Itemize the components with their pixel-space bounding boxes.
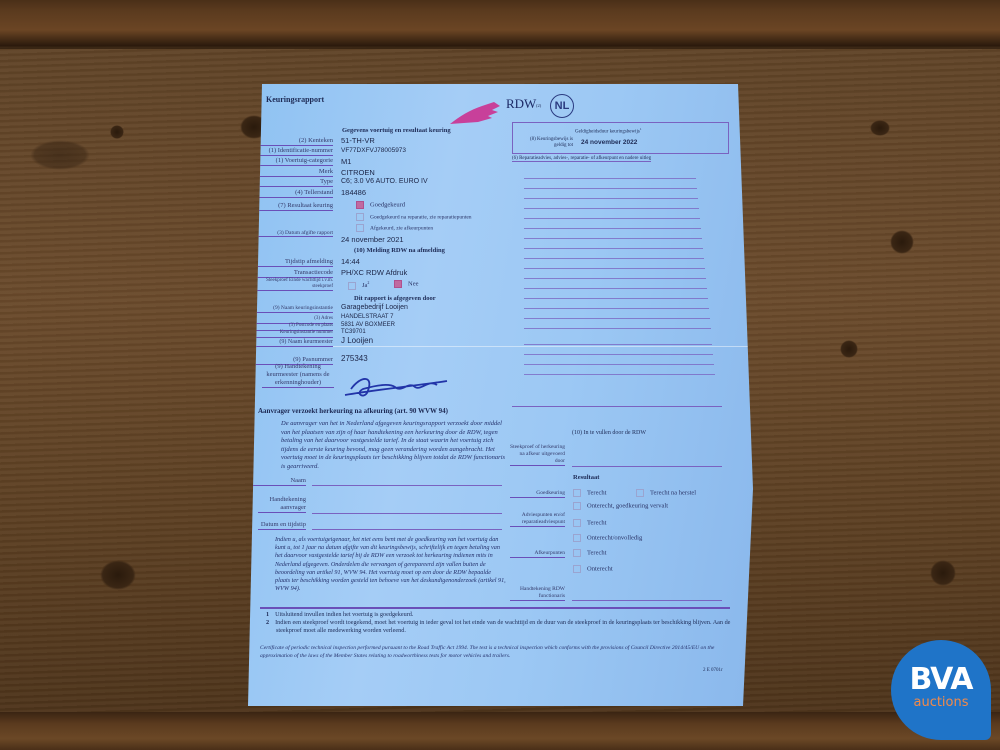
rdw-rejection-unjustified: Onterecht [573, 565, 613, 573]
repair-note-line[interactable] [524, 298, 708, 299]
country-code-badge: NL [550, 94, 574, 118]
inspector-name-label: (9) Naam keurmeester [248, 338, 333, 347]
issued-by-header: Dit rapport is afgegeven door [354, 295, 436, 302]
table-plank-seam [0, 46, 1000, 49]
checkbox [356, 224, 364, 232]
wood-knot [930, 560, 956, 586]
station-number-value: TC39701 [341, 329, 366, 335]
repair-note-line[interactable] [524, 268, 705, 269]
repair-note-line[interactable] [524, 308, 709, 309]
wood-knot [110, 125, 124, 139]
field-value-odometer: 184486 [341, 188, 366, 197]
pass-number-value: 275343 [341, 354, 368, 363]
rdw-signature-line[interactable] [572, 600, 722, 601]
transaction-code-label: Transactiecode [248, 269, 333, 278]
requester-signature-line[interactable] [312, 513, 502, 514]
vehicle-section-header: Gegevens voertuig en resultaat keuring [342, 127, 451, 134]
requester-name-label: Naam [248, 477, 306, 486]
issue-date-value: 24 november 2021 [341, 235, 404, 244]
repair-note-line[interactable] [524, 344, 712, 345]
rdw-section-header: (10) In te vullen door de RDW [572, 430, 646, 436]
checkbox[interactable] [573, 565, 581, 573]
field-label-odometer: (4) Tellerstand [248, 189, 333, 198]
checkbox[interactable] [573, 502, 581, 510]
checkbox [348, 282, 356, 290]
rdw-signature-label: Handtekening RDW functionaris [510, 586, 565, 601]
rdw-rejection-justified: Terecht [573, 549, 606, 557]
requester-signature-label: Handtekening aanvrager [258, 496, 306, 513]
table-front-edge [0, 712, 1000, 750]
repair-note-line[interactable] [524, 374, 715, 375]
field-label-license: (2) Kenteken [248, 137, 333, 146]
rdw-rejection-label: Afkeurpunten [510, 549, 565, 558]
inspection-report-paper: Keuringsrapport RDW (2) NL Gegevens voer… [248, 84, 753, 706]
checkbox-checked [394, 280, 402, 288]
repair-note-line[interactable] [524, 364, 714, 365]
request-date-label: Datum en tijdstip [258, 521, 306, 530]
signature-label: (9) Handtekening keurmeester (namens de … [262, 363, 334, 388]
bva-logo-subtext: auctions [891, 695, 991, 710]
checkbox[interactable] [573, 489, 581, 497]
performed-by-line[interactable] [572, 466, 722, 467]
requester-name-line[interactable] [312, 485, 502, 486]
wood-knot [870, 120, 890, 136]
reinspection-header: Aanvrager verzoekt herkeuring na afkeuri… [258, 407, 448, 415]
rdw-logo-text: RDW [506, 96, 536, 112]
rdw-advice-label: Adviespunten en/of reparatieadviespunt [510, 512, 565, 527]
field-value-make: CITROEN [341, 168, 375, 177]
section-divider [260, 607, 730, 609]
station-address-value: HANDELSTRAAT 7 [341, 314, 393, 320]
repair-note-line[interactable] [524, 288, 707, 289]
spot-check-label: Steekproef Einde wachttijd i.v.m. steekp… [248, 278, 333, 291]
field-value-type: C6; 3.0 V6 AUTO. EURO IV [341, 178, 428, 185]
repair-note-line[interactable] [524, 228, 701, 229]
checkbox[interactable] [573, 519, 581, 527]
owner-reinspection-text: Indien u, als voertuigeigenaar, het niet… [275, 536, 507, 593]
wood-knot [30, 140, 90, 170]
repair-note-line[interactable] [524, 208, 699, 209]
repair-note-line[interactable] [524, 258, 704, 259]
performed-by-label: Steekproef of herkeuring na afkeur uitge… [510, 444, 565, 466]
station-name-label: (9) Naam keuringsinstantie [248, 304, 333, 313]
wood-knot [840, 340, 858, 358]
request-date-line[interactable] [312, 529, 502, 530]
inspector-name-value: J Looijen [341, 336, 373, 345]
wood-knot [890, 230, 914, 254]
issue-date-label: (3) Datum afgifte rapport [248, 230, 333, 237]
repair-note-line[interactable] [524, 188, 697, 189]
checkbox [356, 213, 364, 221]
field-value-vin: VF77DXFVJ78005973 [341, 147, 406, 154]
checkbox-checked [356, 201, 364, 209]
certificate-text: Certificate of periodic technical inspec… [260, 645, 730, 660]
wood-knot [100, 560, 136, 590]
rdw-advice-justified: Terecht [573, 519, 606, 527]
field-label-category: (1) Voertuig-categorie [248, 157, 333, 166]
field-label-make: Merk [248, 168, 333, 177]
checkbox[interactable] [573, 534, 581, 542]
result-option-approved: Goedgekeurd [356, 201, 405, 209]
rdw-approval-justified-after-repair: Terecht na herstel [636, 489, 696, 497]
station-name-value: Garagebedrijf Looijen [341, 304, 408, 311]
result-option-approved-after-repair: Goedgekeurd na reparatie, zie reparatiep… [356, 213, 472, 221]
checkbox[interactable] [573, 549, 581, 557]
result-header: Resultaat [573, 474, 599, 481]
validity-date: 24 november 2022 [581, 139, 637, 146]
rdw-approval-label: Goedkeuring [510, 489, 565, 498]
spot-check-option-yes: Ja2 [348, 280, 369, 290]
rdw-approval-unjustified: Onterecht, goedkeuring vervalt [573, 502, 668, 510]
station-postcode-value: 5831 AV BOXMEER [341, 322, 395, 328]
notification-section-header: (10) Melding RDW na afmelding [354, 247, 445, 254]
validity-label: (8) Keuringsbewijs is geldig tot [517, 137, 573, 149]
repair-note-line[interactable] [524, 178, 696, 179]
repairs-end-line [512, 406, 722, 407]
footnote-2: 2Indien een steekproef wordt toegekend, … [266, 619, 746, 635]
repair-note-line[interactable] [524, 328, 711, 329]
document-title: Keuringsrapport [266, 95, 324, 104]
repairs-header: (6) Reparatieadvies, advies-, reparatie-… [512, 156, 651, 162]
country-code-label: (2) [536, 103, 541, 108]
repair-note-line[interactable] [524, 198, 698, 199]
footnote-1: 1Uitsluitend invullen indien het voertui… [266, 611, 413, 618]
repair-note-line[interactable] [524, 354, 713, 355]
report-time-label: Tijdstip afmelding [248, 258, 333, 267]
validity-box: Geldigheidsduur keuringsbewijs1 (8) Keur… [512, 122, 729, 154]
station-number-label: Keuringsinstantie nummer [248, 329, 333, 338]
bva-auctions-logo: BVA auctions [891, 640, 991, 740]
spot-check-option-no: Nee [394, 280, 418, 288]
repair-note-line[interactable] [524, 218, 700, 219]
repair-note-line[interactable] [524, 278, 706, 279]
result-label: (7) Resultaat keuring [248, 202, 333, 211]
rdw-approval-justified: Terecht [573, 489, 606, 497]
repair-note-line[interactable] [524, 248, 703, 249]
bva-logo-text: BVA [891, 662, 991, 697]
field-value-category: M1 [341, 157, 351, 166]
field-value-license: 51-TH-VR [341, 136, 375, 145]
form-code: 2 E 0701r [703, 668, 723, 673]
inspector-signature [341, 371, 451, 401]
transaction-code-value: PH/XC RDW Afdruk [341, 268, 407, 277]
report-time-value: 14:44 [341, 257, 360, 266]
rdw-feather-logo-icon [448, 100, 503, 126]
rdw-advice-unjustified: Onterecht/onvolledig [573, 534, 642, 542]
validity-title: Geldigheidsduur keuringsbewijs1 [575, 127, 642, 135]
repair-note-line[interactable] [524, 318, 710, 319]
repair-note-line[interactable] [524, 238, 702, 239]
field-label-vin: (1) Identificatie-nummer [248, 147, 333, 156]
field-label-type: Type [248, 178, 333, 187]
checkbox[interactable] [636, 489, 644, 497]
reinspection-text: De aanvrager van het in Nederland afgege… [281, 420, 507, 472]
result-option-rejected: Afgekeurd, zie afkeurpunten [356, 224, 433, 232]
